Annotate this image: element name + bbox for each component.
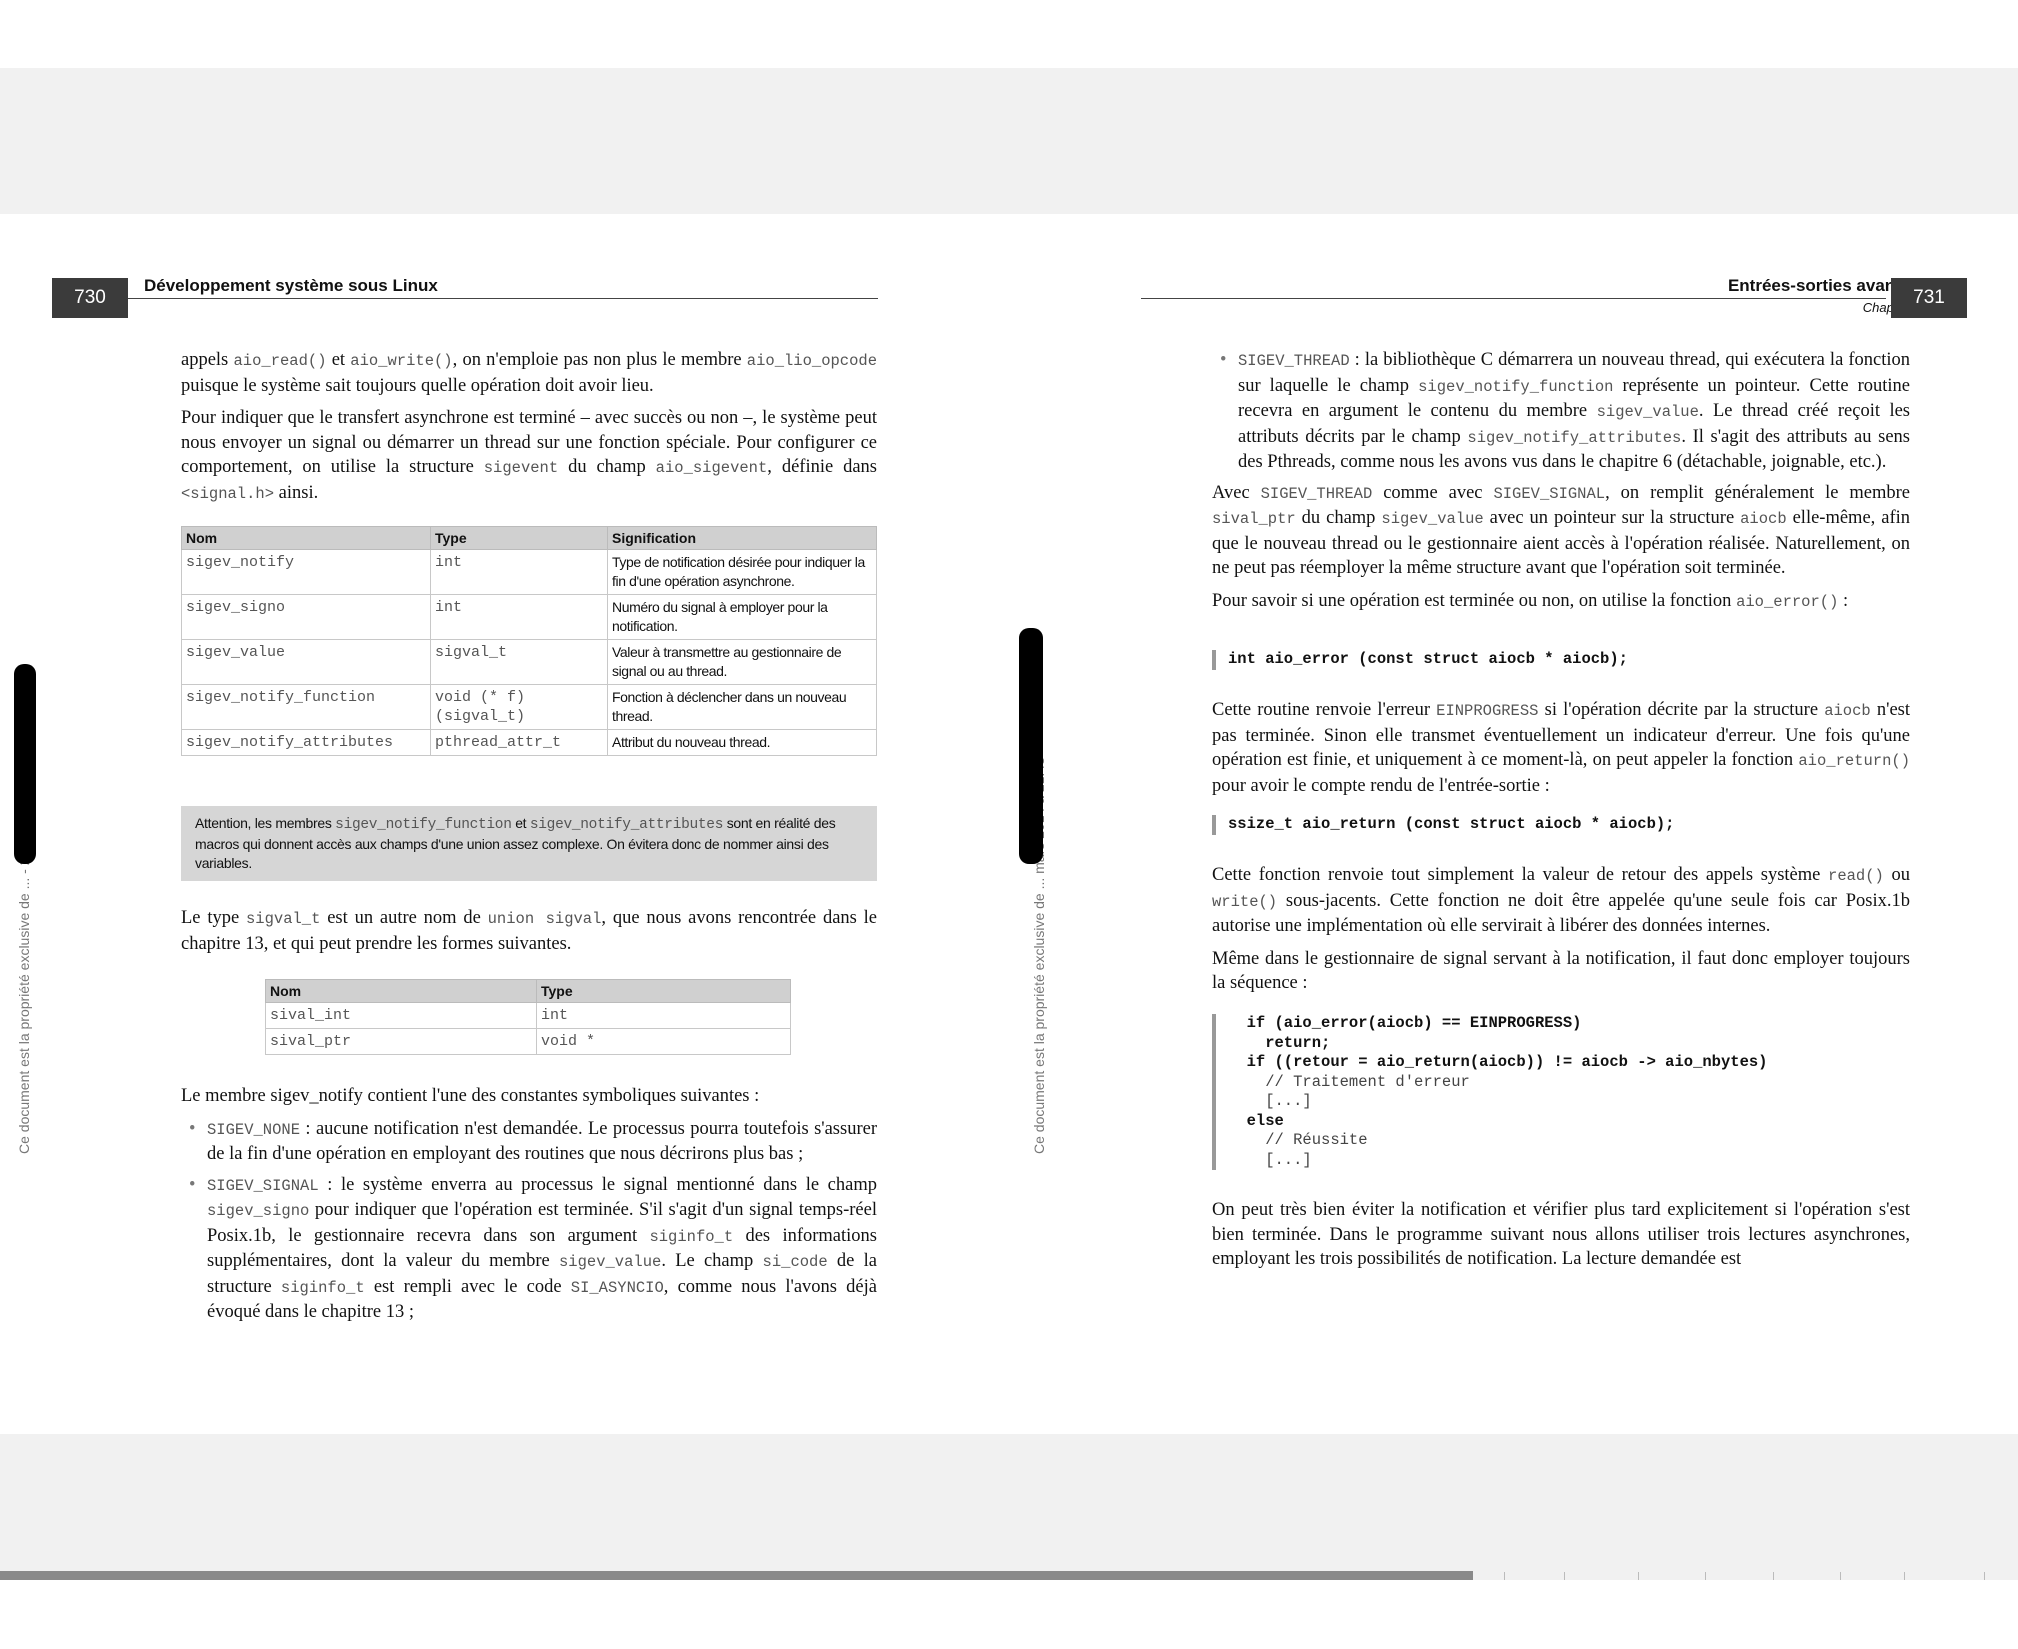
paragraph: Avec SIGEV_THREAD comme avec SIGEV_SIGNA… <box>1212 481 1910 581</box>
table-cell: sigval_t <box>431 640 608 685</box>
scrollbar-thumb[interactable] <box>0 1571 1473 1580</box>
left-body: appels aio_read() et aio_write(), on n'e… <box>181 348 877 514</box>
paragraphs-return: Cette fonction renvoie tout simplement l… <box>1212 863 1910 1004</box>
running-title: Développement système sous Linux <box>144 276 438 296</box>
column-header: Type <box>537 980 791 1003</box>
redaction-mark <box>1019 628 1043 864</box>
table-cell: int <box>431 595 608 640</box>
table-row: sigev_valuesigval_tValeur à transmettre … <box>182 640 877 685</box>
right-page: Entrées-sorties avancées Chapitre 25 731… <box>1009 214 2018 1434</box>
bullet-sigev-thread: SIGEV_THREAD : la bibliothèque C démarre… <box>1212 348 1910 475</box>
table-cell: sival_ptr <box>266 1029 537 1055</box>
table-row: sigev_signointNuméro du signal à employe… <box>182 595 877 640</box>
paragraph: On peut très bien éviter la notification… <box>1212 1198 1910 1272</box>
page-number: 731 <box>1891 278 1967 318</box>
constants-section: Le membre sigev_notify contient l'une de… <box>181 1084 877 1331</box>
table-cell: Attribut du nouveau thread. <box>608 730 877 756</box>
table-cell: sigev_signo <box>182 595 431 640</box>
bullet-sigev-signal: SIGEV_SIGNAL : le système enverra au pro… <box>181 1173 877 1325</box>
bullet-sigev-none: SIGEV_NONE : aucune notification n'est d… <box>181 1117 877 1167</box>
table-cell: Numéro du signal à employer pour la noti… <box>608 595 877 640</box>
paragraph-einprogress: Cette routine renvoie l'erreur EINPROGRE… <box>1212 698 1910 806</box>
paragraph: Le membre sigev_notify contient l'une de… <box>181 1084 877 1109</box>
viewer-top-gap <box>0 68 2018 214</box>
table-row: sigev_notify_functionvoid (* f) (sigval_… <box>182 685 877 730</box>
code-line: if (aio_error(aiocb) == EINPROGRESS) <box>1228 1014 1768 1034</box>
code-line: return; <box>1228 1034 1768 1054</box>
column-header: Type <box>431 527 608 550</box>
table-row: sigev_notifyintType de notification dési… <box>182 550 877 595</box>
table-row: sival_ptrvoid * <box>266 1029 791 1055</box>
redaction-mark <box>14 664 36 864</box>
table-cell: sival_int <box>266 1003 537 1029</box>
code-line: [...] <box>1228 1092 1768 1112</box>
table-cell: sigev_notify_function <box>182 685 431 730</box>
code-line: if ((retour = aio_return(aiocb)) != aioc… <box>1228 1053 1768 1073</box>
paragraph: Pour indiquer que le transfert asynchron… <box>181 406 877 506</box>
sigval-table: NomType sival_intintsival_ptrvoid * <box>265 979 791 1055</box>
table-cell: void (* f) (sigval_t) <box>431 685 608 730</box>
table-cell: sigev_notify <box>182 550 431 595</box>
paragraph-sigval: Le type sigval_t est un autre nom de uni… <box>181 906 877 964</box>
paragraph: appels aio_read() et aio_write(), on n'e… <box>181 348 877 398</box>
code-sequence: if (aio_error(aiocb) == EINPROGRESS) ret… <box>1212 1014 1768 1170</box>
table-row: sigev_notify_attributespthread_attr_tAtt… <box>182 730 877 756</box>
table-cell: void * <box>537 1029 791 1055</box>
code-aio-return: ssize_t aio_return (const struct aiocb *… <box>1212 815 1674 835</box>
paragraph: Même dans le gestionnaire de signal serv… <box>1212 947 1910 996</box>
table-cell: pthread_attr_t <box>431 730 608 756</box>
paragraph-final: On peut très bien éviter la notification… <box>1212 1198 1910 1280</box>
column-header: Nom <box>266 980 537 1003</box>
header-rule <box>1141 298 1886 299</box>
code-line: // Réussite <box>1228 1131 1768 1151</box>
warning-note: Attention, les membres sigev_notify_func… <box>181 806 877 881</box>
column-header: Signification <box>608 527 877 550</box>
table-cell: sigev_notify_attributes <box>182 730 431 756</box>
page-number: 730 <box>52 278 128 318</box>
column-header: Nom <box>182 527 431 550</box>
code-line: else <box>1228 1112 1768 1132</box>
paragraph: Pour savoir si une opération est terminé… <box>1212 589 1910 615</box>
table-cell: Valeur à transmettre au gestionnaire de … <box>608 640 877 685</box>
right-body: SIGEV_THREAD : la bibliothèque C démarre… <box>1212 348 1910 622</box>
left-page: 730 Développement système sous Linux app… <box>0 214 1009 1434</box>
table-cell: int <box>537 1003 791 1029</box>
code-line: [...] <box>1228 1151 1768 1171</box>
table-cell: int <box>431 550 608 595</box>
code-aio-error: int aio_error (const struct aiocb * aioc… <box>1212 650 1628 670</box>
viewer-bottom-gap <box>0 1434 2018 1580</box>
table-row: sival_intint <box>266 1003 791 1029</box>
horizontal-scrollbar[interactable] <box>0 1571 2018 1581</box>
sigevent-table: NomTypeSignification sigev_notifyintType… <box>181 526 877 756</box>
table-cell: Fonction à déclencher dans un nouveau th… <box>608 685 877 730</box>
table-cell: sigev_value <box>182 640 431 685</box>
header-rule <box>128 298 878 299</box>
code-line: // Traitement d'erreur <box>1228 1073 1768 1093</box>
table-cell: Type de notification désirée pour indiqu… <box>608 550 877 595</box>
